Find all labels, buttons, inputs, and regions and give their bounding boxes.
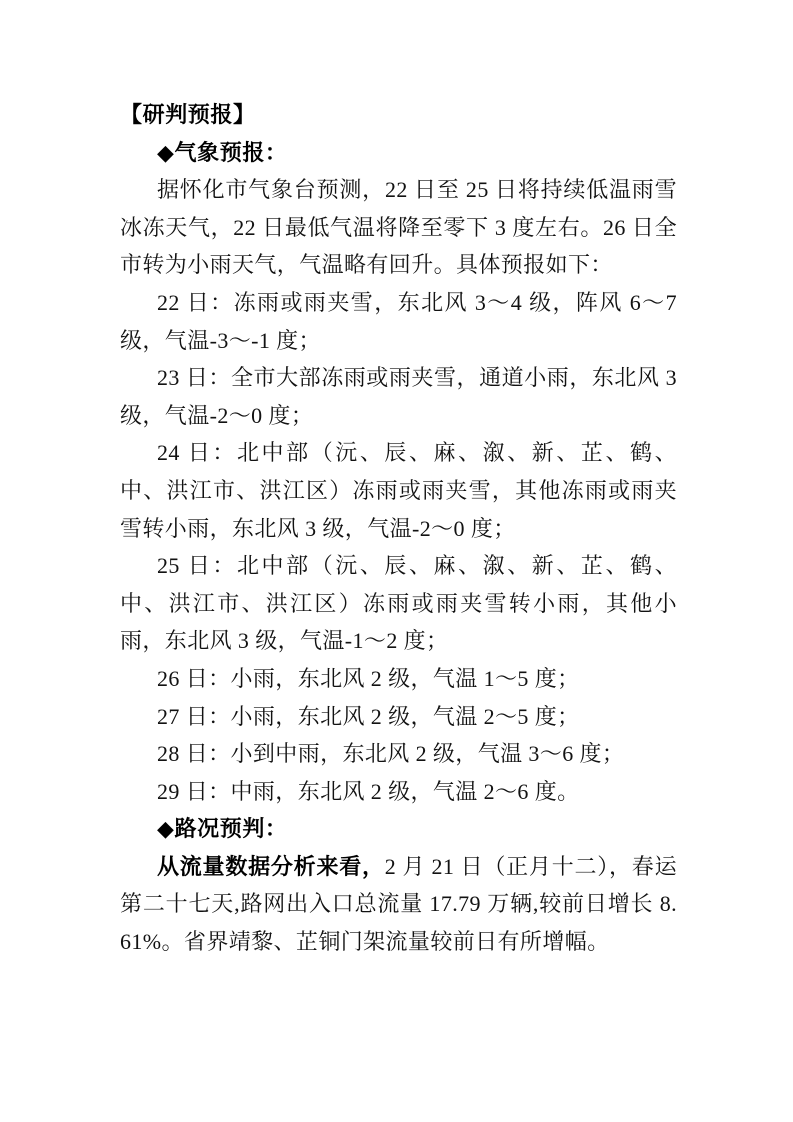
weather-intro-paragraph: 据怀化市气象台预测，22 日至 25 日将持续低温雨雪冰冻天气，22 日最低气温…	[120, 171, 677, 284]
forecast-day-29: 29 日：中雨，东北风 2 级，气温 2～6 度。	[120, 773, 677, 811]
forecast-day-28: 28 日：小到中雨，东北风 2 级，气温 3～6 度；	[120, 735, 677, 773]
section-title: 【研判预报】	[120, 96, 677, 134]
road-condition-heading: ◆路况预判：	[120, 810, 677, 848]
document-page: 【研判预报】 ◆气象预报： 据怀化市气象台预测，22 日至 25 日将持续低温雨…	[0, 0, 793, 1122]
traffic-analysis-lead: 从流量数据分析来看，	[157, 854, 385, 879]
forecast-day-27: 27 日：小雨，东北风 2 级，气温 2～5 度；	[120, 698, 677, 736]
forecast-day-22: 22 日：冻雨或雨夹雪，东北风 3～4 级，阵风 6～7 级，气温-3～-1 度…	[120, 284, 677, 359]
forecast-day-25: 25 日：北中部（沅、辰、麻、溆、新、芷、鹤、中、洪江市、洪江区）冻雨或雨夹雪转…	[120, 547, 677, 660]
weather-forecast-heading: ◆气象预报：	[120, 134, 677, 172]
traffic-analysis-paragraph: 从流量数据分析来看，2 月 21 日（正月十二），春运第二十七天,路网出入口总流…	[120, 848, 677, 961]
forecast-day-26: 26 日：小雨，东北风 2 级，气温 1～5 度；	[120, 660, 677, 698]
forecast-day-24: 24 日：北中部（沅、辰、麻、溆、新、芷、鹤、中、洪江市、洪江区）冻雨或雨夹雪，…	[120, 434, 677, 547]
forecast-day-23: 23 日：全市大部冻雨或雨夹雪，通道小雨，东北风 3 级，气温-2～0 度；	[120, 359, 677, 434]
